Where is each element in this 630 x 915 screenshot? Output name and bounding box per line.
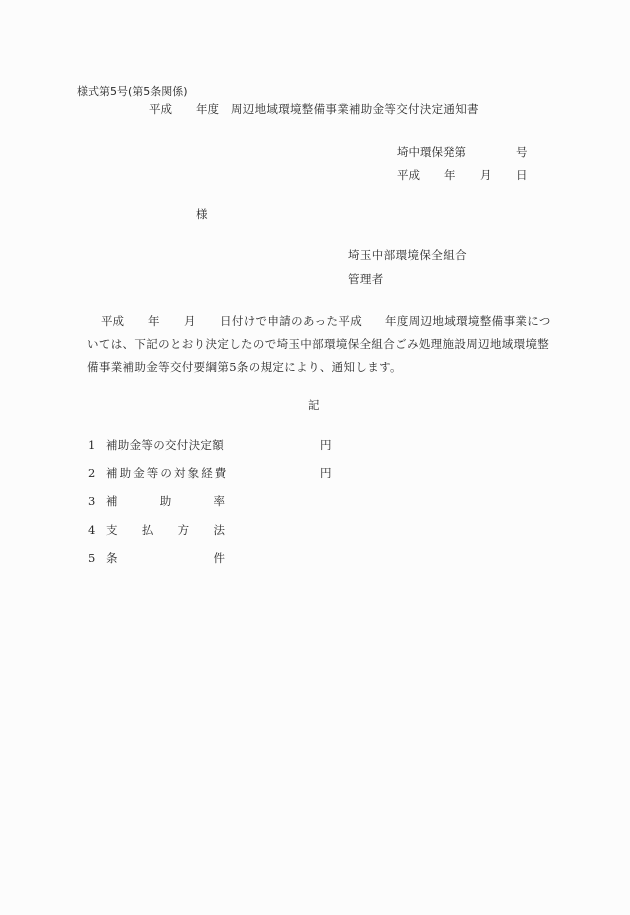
body-line-2: いては、下記のとおり決定したので埼玉中部環境保全組合ごみ処理施設周辺地域環境整 <box>87 339 549 351</box>
body-year: 年 <box>148 316 160 328</box>
item-label-char: 件 <box>214 553 226 565</box>
body-line-3: 備事業補助金等交付要綱第5条の規定により、通知します。 <box>87 362 402 374</box>
addressee-honorific: 様 <box>196 209 208 221</box>
note-heading: 記 <box>308 400 320 412</box>
sender-role: 管理者 <box>348 274 384 286</box>
reference-number-suffix: 号 <box>516 147 528 159</box>
item-number: 3 <box>88 496 95 508</box>
item-label-char: 方 <box>178 525 190 537</box>
item-label-char: 支 <box>106 525 118 537</box>
item-number: 5 <box>88 553 95 565</box>
date-era: 平成 <box>397 170 420 182</box>
body-month: 月 <box>184 316 196 328</box>
date-year: 年 <box>444 170 456 182</box>
reference-number-prefix: 埼中環保発第 <box>397 147 466 159</box>
item-label-char: 率 <box>214 496 226 508</box>
item-label: 補助金等の対象経費 <box>106 468 228 480</box>
document-title: 周辺地域環境整備事業補助金等交付決定通知書 <box>231 104 479 116</box>
item-label: 支 払 方 法 <box>106 525 225 537</box>
item-number: 4 <box>88 525 95 537</box>
item-number: 2 <box>88 468 95 480</box>
item-number: 1 <box>88 440 95 452</box>
body-era: 平成 <box>101 316 124 328</box>
date-day: 日 <box>516 170 528 182</box>
item-label-char: 助 <box>160 496 172 508</box>
date-month: 月 <box>480 170 492 182</box>
item-label-char: 条 <box>106 553 118 565</box>
body-line1-mid: 日付けで申請のあった平成 <box>220 316 362 328</box>
item-label: 条 件 <box>106 553 225 565</box>
title-year-suffix: 年度 <box>196 104 219 116</box>
item-unit: 円 <box>320 468 332 480</box>
item-label-char: 法 <box>213 525 225 537</box>
item-label-char: 払 <box>142 525 154 537</box>
body-line1-end: 年度周辺地域環境整備事業につ <box>385 316 551 328</box>
sender-organization: 埼玉中部環境保全組合 <box>348 250 467 262</box>
item-label-char: 補 <box>106 496 118 508</box>
item-label: 補 助 率 <box>106 496 225 508</box>
title-era: 平成 <box>149 104 172 116</box>
form-label: 様式第5号(第5条関係) <box>77 86 188 97</box>
item-unit: 円 <box>320 440 332 452</box>
item-label: 補助金等の交付決定額 <box>106 440 224 452</box>
